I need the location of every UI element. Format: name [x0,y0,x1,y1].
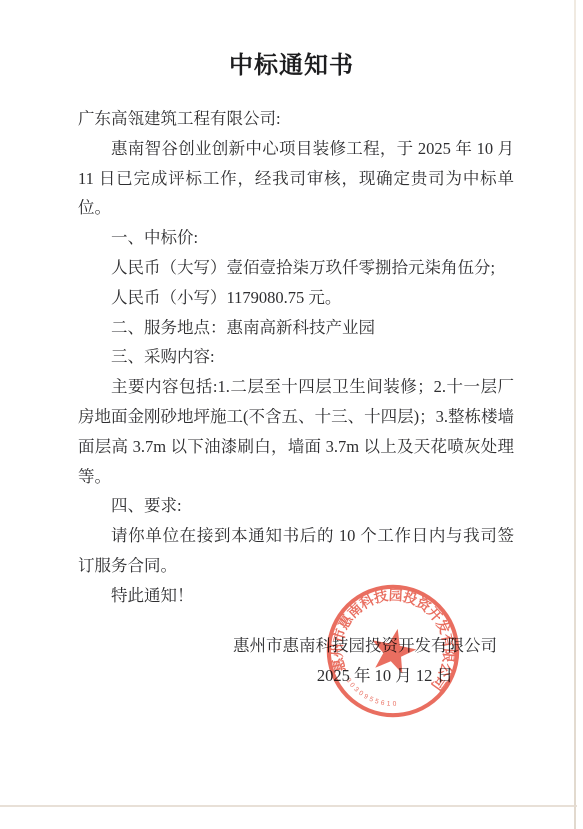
recipient-line: 广东高瓴建筑工程有限公司: [78,104,514,134]
section3-body: 主要内容包括:1.二层至十四层卫生间装修；2.十一层厂房地面金刚砂地坪施工(不含… [78,372,514,491]
intro-paragraph: 惠南智谷创业创新中心项目装修工程，于 2025 年 10 月 11 日已完成评标… [78,134,514,223]
signature-block: 惠州市惠南科技园投资开发有限公司 2025 年 10 月 12 日 [0,631,583,690]
scan-edge-right [574,0,576,829]
document-body: 广东高瓴建筑工程有限公司: 惠南智谷创业创新中心项目装修工程，于 2025 年 … [78,104,514,611]
closing-line: 特此通知！ [78,581,514,611]
price-in-words-line: 人民币（大写）壹佰壹拾柒万玖仟零捌拾元柒角伍分; [78,253,514,283]
price-in-figures-line: 人民币（小写）1179080.75 元。 [78,283,514,313]
section2-line: 二、服务地点：惠南高新科技产业园 [78,313,514,343]
document-page: 中标通知书 广东高瓴建筑工程有限公司: 惠南智谷创业创新中心项目装修工程，于 2… [0,0,583,829]
section1-heading: 一、中标价: [78,223,514,253]
document-title: 中标通知书 [0,0,583,80]
scan-edge-bottom [0,805,577,807]
section4-body: 请你单位在接到本通知书后的 10 个工作日内与我司签订服务合同。 [78,521,514,581]
section3-heading: 三、采购内容: [78,342,514,372]
issue-date: 2025 年 10 月 12 日 [0,661,583,691]
issuer-company-name: 惠州市惠南科技园投资开发有限公司 [0,631,583,661]
section4-heading: 四、要求: [78,491,514,521]
